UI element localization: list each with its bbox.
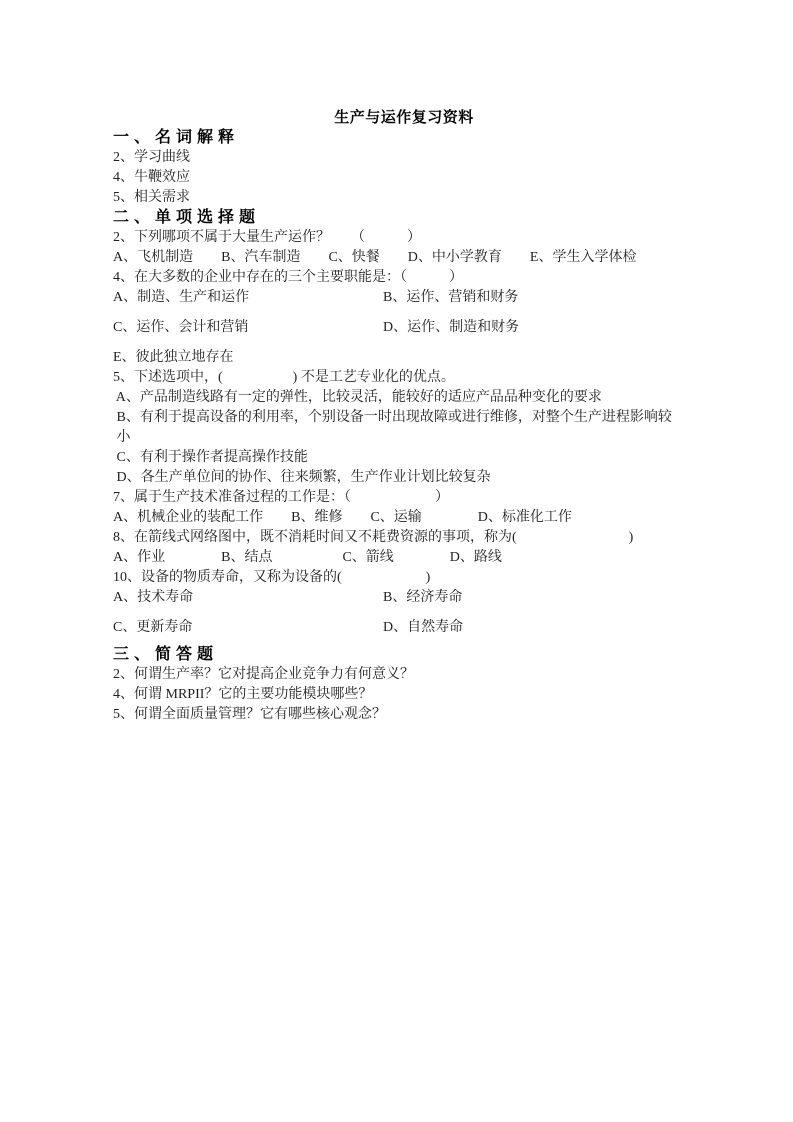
document-title: 生产与运作复习资料 — [113, 108, 695, 128]
question-4-options-row-2: C、运作、会计和营销 D、运作、制造和财务 — [113, 318, 695, 338]
question-7-options-row: A、机械企业的装配工作 B、维修 C、运输 D、标准化工作 — [113, 508, 695, 528]
question-8-text: 8、在箭线式网络图中，既不消耗时间又不耗费资源的事项，称为( ) — [113, 528, 695, 548]
question-5-option-a: A、产品制造线路有一定的弹性，比较灵活，能较好的适应产品品种变化的要求 — [113, 388, 695, 408]
question-5-option-c: C、有利于操作者提高操作技能 — [113, 448, 695, 468]
term-item-2: 4、牛鞭效应 — [113, 168, 695, 188]
question-10-text: 10、设备的物质寿命，又称为设备的( ) — [113, 568, 695, 588]
question-4-text: 4、在大多数的企业中存在的三个主要职能是：（ ） — [113, 268, 695, 288]
document-page: 生产与运作复习资料 一、名词解释 2、学习曲线 4、牛鞭效应 5、相关需求 二、… — [0, 0, 793, 1122]
question-10-option-d: D、自然寿命 — [383, 618, 463, 638]
question-2-options-row: A、飞机制造 B、汽车制造 C、快餐 D、中小学教育 E、学生入学体检 — [113, 248, 695, 268]
question-4-option-c: C、运作、会计和营销 — [113, 318, 383, 338]
question-5-option-b-line-1: B、有利于提高设备的利用率，个别设备一时出现故障或进行维修，对整个生产进程影响较 — [113, 408, 695, 428]
question-5-option-d: D、各生产单位间的协作、往来频繁，生产作业计划比较复杂 — [113, 468, 695, 488]
question-10-options-row-2: C、更新寿命 D、自然寿命 — [113, 618, 695, 638]
question-4-option-b: B、运作、营销和财务 — [383, 288, 518, 308]
section-1-heading: 一、名词解释 — [113, 128, 695, 148]
question-4-option-d: D、运作、制造和财务 — [383, 318, 519, 338]
question-5-text: 5、下述选项中，( ) 不是工艺专业化的优点。 — [113, 368, 695, 388]
question-4-options-row-1: A、制造、生产和运作 B、运作、营销和财务 — [113, 288, 695, 308]
section-2-heading: 二、单项选择题 — [113, 208, 695, 228]
section-3-heading: 三、简答题 — [113, 645, 695, 665]
short-answer-item-2: 4、何谓 MRPII？它的主要功能模块哪些？ — [113, 685, 695, 705]
term-item-1: 2、学习曲线 — [113, 148, 695, 168]
short-answer-item-3: 5、何谓全面质量管理？它有哪些核心观念？ — [113, 705, 695, 725]
question-2-text: 2、下列哪项不属于大量生产运作？ （ ） — [113, 228, 695, 248]
question-7-text: 7、属于生产技术准备过程的工作是：（ ） — [113, 488, 695, 508]
question-4-option-a: A、制造、生产和运作 — [113, 288, 383, 308]
question-10-option-c: C、更新寿命 — [113, 618, 383, 638]
question-10-option-a: A、技术寿命 — [113, 588, 383, 608]
question-4-option-e: E、彼此独立地存在 — [113, 348, 695, 368]
short-answer-item-1: 2、何谓生产率？它对提高企业竞争力有何意义？ — [113, 665, 695, 685]
question-10-options-row-1: A、技术寿命 B、经济寿命 — [113, 588, 695, 608]
question-8-options-row: A、作业 B、结点 C、箭线 D、路线 — [113, 548, 695, 568]
question-5-option-b-line-2: 小 — [113, 428, 695, 448]
term-item-3: 5、相关需求 — [113, 188, 695, 208]
question-10-option-b: B、经济寿命 — [383, 588, 462, 608]
